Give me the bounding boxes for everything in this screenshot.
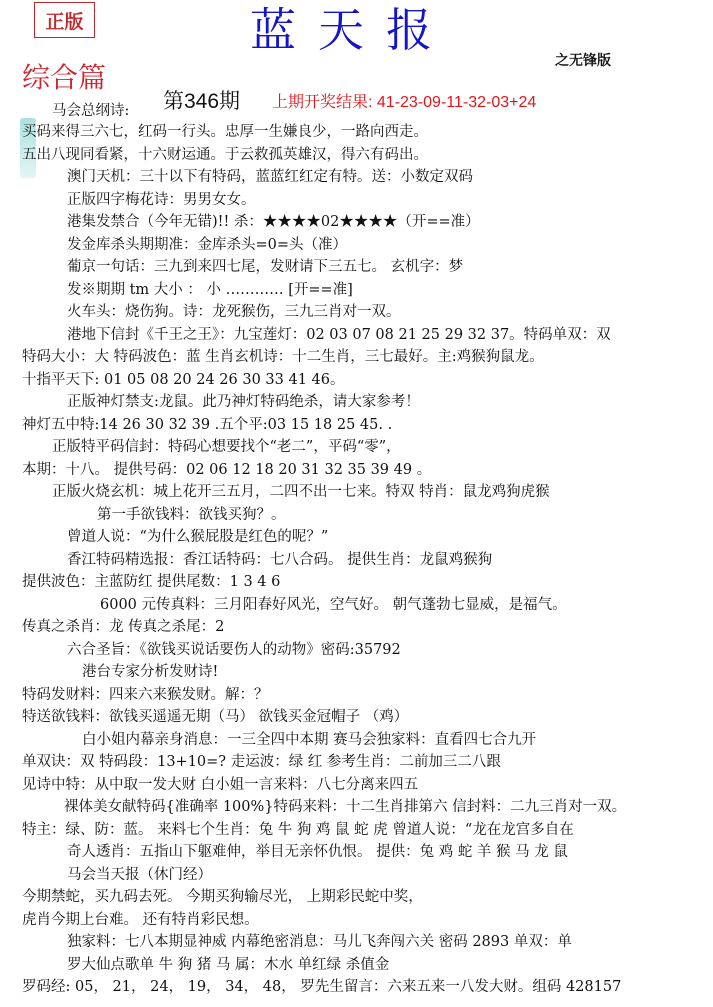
text-line: 提供波色：主蓝防红 提供尾数：1 3 4 6 [22,572,280,592]
text-line: 正版四字梅花诗：男男女女。 [67,190,256,210]
text-line: 港台专家分析发财诗! [82,662,218,682]
text-line: 曾道人说：“为什么猴屁股是红色的呢？” [67,527,328,547]
newspaper-title: 蓝天报 [250,2,454,58]
text-line: 第一手欲钱料：欲钱买狗？。 [97,505,286,525]
text-line: 罗大仙点歌单 牛 狗 猪 马 属：木水 单红绿 杀值金 [67,955,389,975]
text-line: 正版特平码信封：特码心想要找个“老二”，平码“零”， [52,437,401,457]
text-line: 港集发禁合（今年无错)!! 杀：★★★★02★★★★（开==准） [67,212,480,232]
text-line: 五出八现同看紧，十六财运通。于云救孤英雄汉，得六有码出。 [22,145,428,165]
text-line: 发※期期 tm 大小 ： 小 ………… [开==准] [67,280,353,300]
text-line: 特码大小：大 特码波色：蓝 生肖玄机诗：十二生肖，三七最好。主:鸡猴狗鼠龙。 [22,347,544,367]
text-line: 奇人透肖：五指山下躯难伸，举目无亲怀仇恨。 提供：兔 鸡 蛇 羊 猴 马 龙 鼠 [67,842,568,862]
text-line: 香江特码精选报：香江话特码：七八合码。 提供生肖：龙鼠鸡猴狗 [67,550,492,570]
text-line: 传真之杀肖：龙 传真之杀尾：2 [22,617,224,637]
text-line: 见诗中特：从中取一发大财 白小姐一言来料：八七分离来四五 [22,775,418,795]
text-line: 今期禁蛇，买九码去死。 今期买狗输尽光， 上期彩民蛇中奖， [22,887,423,907]
text-line: 十指平天下: 01 05 08 20 24 26 30 33 41 46。 [22,370,344,390]
last-draw-value: 41-23-09-11-32-03+24 [377,94,536,111]
badge-label: 正版 [45,7,83,34]
last-draw-label: 上期开奖结果: [272,94,372,111]
text-line: 买码来得三六七，红码一行头。忠厚一生嫌良少，一路向西走。 [22,122,428,142]
text-line: 六合圣旨：《欲钱买说话要伤人的动物》密码:35792 [67,640,401,660]
text-line: 正版神灯禁支:龙鼠。此乃神灯特码绝杀，请大家参考！ [67,392,420,412]
text-line: 单双诀：双 特码段：13+10=? 走运波：绿 红 参考生肖：二前加三二八跟 [22,752,501,772]
text-line: 神灯五中特:14 26 30 32 39 .五个平:03 15 18 25 45… [22,415,392,435]
text-line: 火车头：烧伤狗。诗：龙死猴伤，三九三肖对一双。 [67,302,401,322]
text-line: 6000 元传真料：三月阳春好风光，空气好。 朝气蓬勃七显威，是福气。 [100,595,567,615]
text-line: 发金库杀头期期准：金库杀头=0=头（准） [67,235,347,255]
section-heading: 综合篇 [22,60,106,96]
text-line: 马会总纲诗: [52,101,129,121]
issue-number: 第346期 [163,89,240,115]
text-line: 葡京一句话：三九到来四七尾，发财请下三五七。 玄机字：梦 [67,257,463,277]
text-line: 虎肖今期上台难。 还有特肖彩民想。 [22,910,259,930]
text-line: 特主：绿、防：蓝。 来料七个生肖：兔 牛 狗 鸡 鼠 蛇 虎 曾道人说：“龙在龙… [22,820,574,840]
text-line: 裸体美女献特码{准确率 100%}特码来料：十二生肖排第六 信封料：二九三肖对一… [64,797,626,817]
text-line: 独家料：七八本期显神威 内幕绝密消息：马儿飞奔闯六关 密码 2893 单双：单 [67,932,572,952]
edition-subtitle: 之无锋版 [555,50,611,70]
text-line: 港地下信封《千王之王》：九宝莲灯：02 03 07 08 21 25 29 32… [67,325,611,345]
text-line: 特码发财料：四来六来猴发财。解：？ [22,685,269,705]
text-line: 白小姐内幕亲身消息：一三全四中本期 赛马会独家料：直看四七合九开 [82,730,536,750]
text-line: 罗码经: 05， 21， 24， 19， 34， 48， 罗先生留言：六来五来一… [22,977,621,997]
last-draw-result: 上期开奖结果: 41-23-09-11-32-03+24 [272,93,536,113]
text-line: 正版火烧玄机：城上花开三五月，二四不出一七来。特双 特肖：鼠龙鸡狗虎猴 [52,482,550,502]
authentic-edition-badge: 正版 [34,2,95,38]
text-line: 澳门天机：三十以下有特码，蓝蓝红红定有特。送：小数定双码 [67,167,473,187]
text-line: 特送欲钱料：欲钱买遥遥无期（马） 欲钱买金冠帽子 （鸡） [22,707,408,727]
text-line: 本期：十八。 提供号码：02 06 12 18 20 31 32 35 39 4… [22,460,431,480]
text-line: 马会当天报（休门经） [67,865,212,885]
